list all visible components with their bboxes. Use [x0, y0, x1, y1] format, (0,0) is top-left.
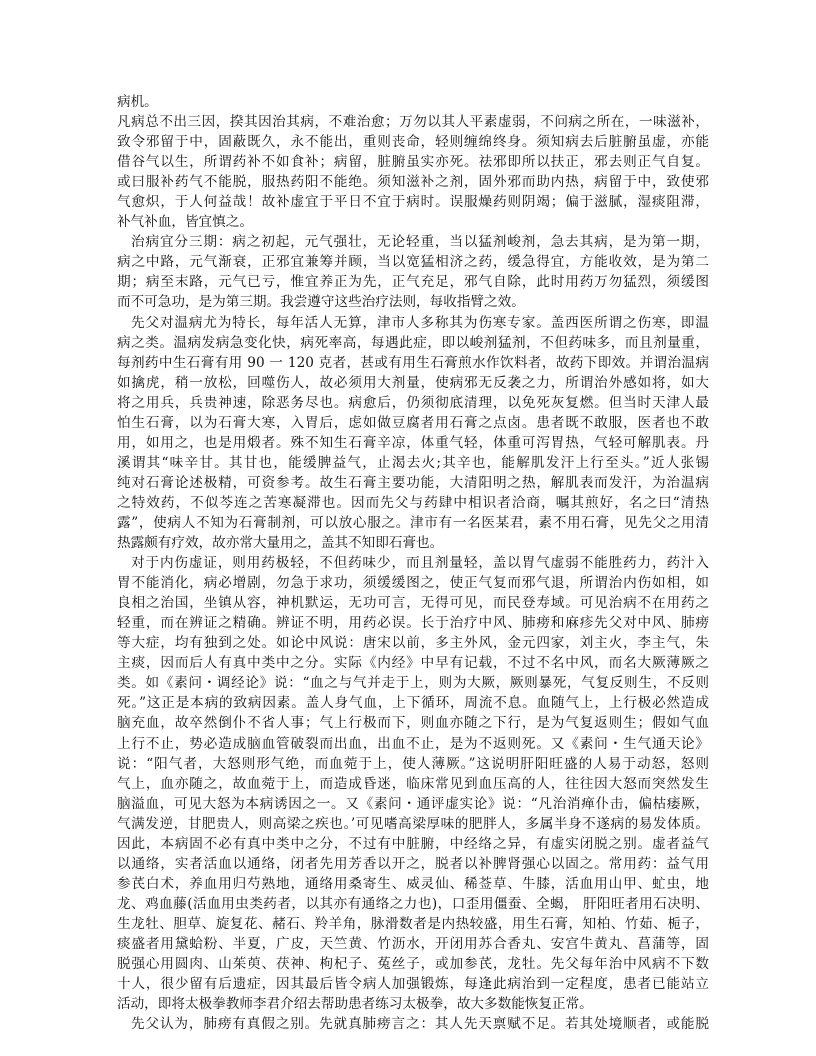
text-line: 将之用兵，兵贵神速，除恶务尽也。病愈后，仍须彻底清理，以免死灰复燃。但当时天津人… — [117, 393, 709, 413]
paragraph-start-line: 治病宜分三期：病之初起，元气强壮，无论轻重，当以猛剂峻剂，急去其病，是为第一期， — [117, 232, 709, 252]
text-line: 脑充血，故卒然倒仆不省人事；气上行极而下，则血亦随之下行，是为气复返则生；假如气… — [117, 713, 709, 733]
body-text: 病机。凡病总不出三因，揆其因治其病，不难治愈；万勿以其人平素虚弱，不问病之所在，… — [117, 92, 709, 1034]
text-line: 用，如用之，也是用煅者。殊不知生石膏辛凉，体重气轻，体重可泻胃热，气轻可解肌表。… — [117, 433, 709, 453]
text-line: 类。如《素问・调经论》说：“血之与气并走于上，则为大厥，厥则暴死，气复反则生，不… — [117, 673, 709, 693]
text-line: 参芪白术，养血用归芍熟地，通络用桑寄生、威灵仙、稀莶草、牛膝，活血用山甲、虻虫，… — [117, 874, 709, 894]
text-line: 热露颇有疗效，故亦常大量用之，盖其不知即石膏也。 — [117, 533, 709, 553]
text-line: 轻重，而在辨证之精确。辨证不明，用药必误。长于治疗中风、肺痨和麻疹先父对中风、肺… — [117, 613, 709, 633]
text-line: 怕生石膏，以为石膏大寒，入胃后，虑如做豆腐者用石膏之点卤。患者既不敢服，医者也不… — [117, 413, 709, 433]
text-line: 借谷气以生，所谓药补不如食补；病留，脏腑虽实亦死。祛邪即所以扶正，邪去则正气自复… — [117, 152, 709, 172]
text-line: 痰盛者用黛蛤粉、半夏，广皮，天竺黄、竹沥水，开闭用苏合香丸、安宫牛黄丸、菖蒲等，… — [117, 934, 709, 954]
text-line: 生龙牡、胆草、旋复花、赭石、羚羊角，脉滑数者是内热较盛，用生石膏，知柏、竹茹、栀… — [117, 914, 709, 934]
text-line: 每剂药中生石膏有用 90 一 120 克者，甚或有用生石膏煎水作饮料者，故药下即… — [117, 353, 709, 373]
text-line: 死。”这正是本病的致病因素。盖人身气血，上下循环，周流不息。血随气上，上行极必然… — [117, 693, 709, 713]
text-line: 脱强心用圆肉、山茱萸、茯神、枸杞子、菟丝子，或加参芪，龙牡。先父每年治中风病不下… — [117, 954, 709, 974]
text-line: 以通络，实者活血以通络，闭者先用芳香以开之，脱者以补脾肾强心以固之。常用药：益气… — [117, 854, 709, 874]
text-line: 纯对石膏论述极精，可资参考。故生石膏主要功能，大清阳明之热，解肌表而发汗，为治温… — [117, 473, 709, 493]
text-line: 龙、鸡血藤(活血用虫类药者，以其亦有通络之力也)，口歪用僵蚕、全蝎， 肝阳旺者用… — [117, 894, 709, 914]
text-line: 如擒虎，稍一放松，回噬伤人，故必须用大剂量，使病邪无反袭之力，所谓治外感如将，如… — [117, 373, 709, 393]
paragraph-start-line: 对于内伤虚证，则用药极轻，不但药味少，而且剂量轻，盖以胃气虚弱不能胜药力，药汁入 — [117, 553, 709, 573]
text-line: 活动，即将太极拳教师李君介绍去帮助患者练习太极拳，故大多数能恢复正常。 — [117, 994, 709, 1014]
text-line: 凡病总不出三因，揆其因治其病，不难治愈；万勿以其人平素虚弱，不问病之所在，一味滋… — [117, 112, 709, 132]
text-line: 胃不能消化，病必增剧，勿急于求功，须缓缓图之，使正气复而邪气退，所谓治内伤如相，… — [117, 573, 709, 593]
text-line: 露”，使病人不知为石膏制剂，可以放心服之。津市有一名医某君，素不用石膏，见先父之… — [117, 513, 709, 533]
text-line: 气上，血亦随之，故血菀于上，而造成昏迷，临床常见到血压高的人，往往因大怒而突然发… — [117, 774, 709, 794]
text-line: 溪谓其“味辛甘。其甘也，能缓脾益气，止渴去火;其辛也，能解肌发汗上行至头。”近人… — [117, 453, 709, 473]
text-line: 病机。 — [117, 92, 709, 112]
text-line: 气满发逆，甘肥贵人，则高梁之疾也。’可见嗜高梁厚味的肥胖人，多属半身不遂病的易发… — [117, 814, 709, 834]
text-line: 良相之治国，坐镇从容，神机默运，无功可言，无得可见，而民登寿域。可见治病不在用药… — [117, 593, 709, 613]
text-line: 十人，很少留有后遗症，因其最后皆令病人加强锻炼，每逢此病治到一定程度，患者已能站… — [117, 974, 709, 994]
text-line: 补气补血，皆宜慎之。 — [117, 212, 709, 232]
text-line: 主痰，因而后人有真中类中之分。实际《内经》中早有记载，不过不名中风，而名大厥薄厥… — [117, 653, 709, 673]
text-line: 因此，本病固不必有真中类中之分，不过有中脏腑，中经络之异，有虚实闭脱之别。虚者益… — [117, 834, 709, 854]
text-line: 说：“阳气者，大怒则形气绝，而血菀于上，使人薄厥。”这说明肝阳旺盛的人易于动怒，… — [117, 754, 709, 774]
text-line: 之特效药，不似芩连之苦寒凝滞也。因而先父与药肆中相识者洽商，嘱其煎好，名之曰“清… — [117, 493, 709, 513]
text-line: 气愈炽，于人何益哉！故补虚宜于平日不宜于病时。误服燥药则阴竭；偏于滋腻，湿痰阻滞… — [117, 192, 709, 212]
text-line: 期；病至末路，元气已亏，惟宜养正为先，正气充足，邪气自除，此时用药万勿猛烈，须缓… — [117, 272, 709, 292]
text-line: 脑溢血，可见大怒为本病诱因之一。又《素问・通评虚实论》说：“凡治消瘅仆击，偏枯痿… — [117, 794, 709, 814]
document-page: 病机。凡病总不出三因，揆其因治其病，不难治愈；万勿以其人平素虚弱，不问病之所在，… — [0, 0, 816, 1056]
paragraph-start-line: 先父认为，肺痨有真假之别。先就真肺痨言之：其人先天禀赋不足。若其处境顺者，或能脱 — [117, 1014, 709, 1034]
text-line: 或曰服补药气不能脱，服热药阳不能绝。须知滋补之剂，固外邪而助内热，病留于中，致使… — [117, 172, 709, 192]
paragraph-start-line: 先父对温病尤为特长，每年活人无算，津市人多称其为伤寒专家。盖西医所谓之伤寒，即温 — [117, 313, 709, 333]
text-line: 上行不止，势必造成脑血管破裂而出血，出血不止，是为不返则死。又《素问・生气通天论… — [117, 734, 709, 754]
text-line: 病之中路，元气渐衰，正邪宜兼筹并顾，当以宽猛相济之药，缓急得宜，方能收效，是为第… — [117, 252, 709, 272]
text-line: 而不可急功，是为第三期。我尝遵守这些治疗法则，每收指臂之效。 — [117, 292, 709, 312]
text-line: 致令邪留于中，固蔽既久，永不能出，重则丧命，轻则缠绵终身。须知病去后脏腑虽虚，亦… — [117, 132, 709, 152]
text-line: 病之类。温病发病急变化快，病死率高，每遇此症，即以峻剂猛剂，不但药味多，而且剂量… — [117, 333, 709, 353]
text-line: 等大症，均有独到之处。如论中风说：唐宋以前，多主外风，金元四家，刘主火，李主气，… — [117, 633, 709, 653]
